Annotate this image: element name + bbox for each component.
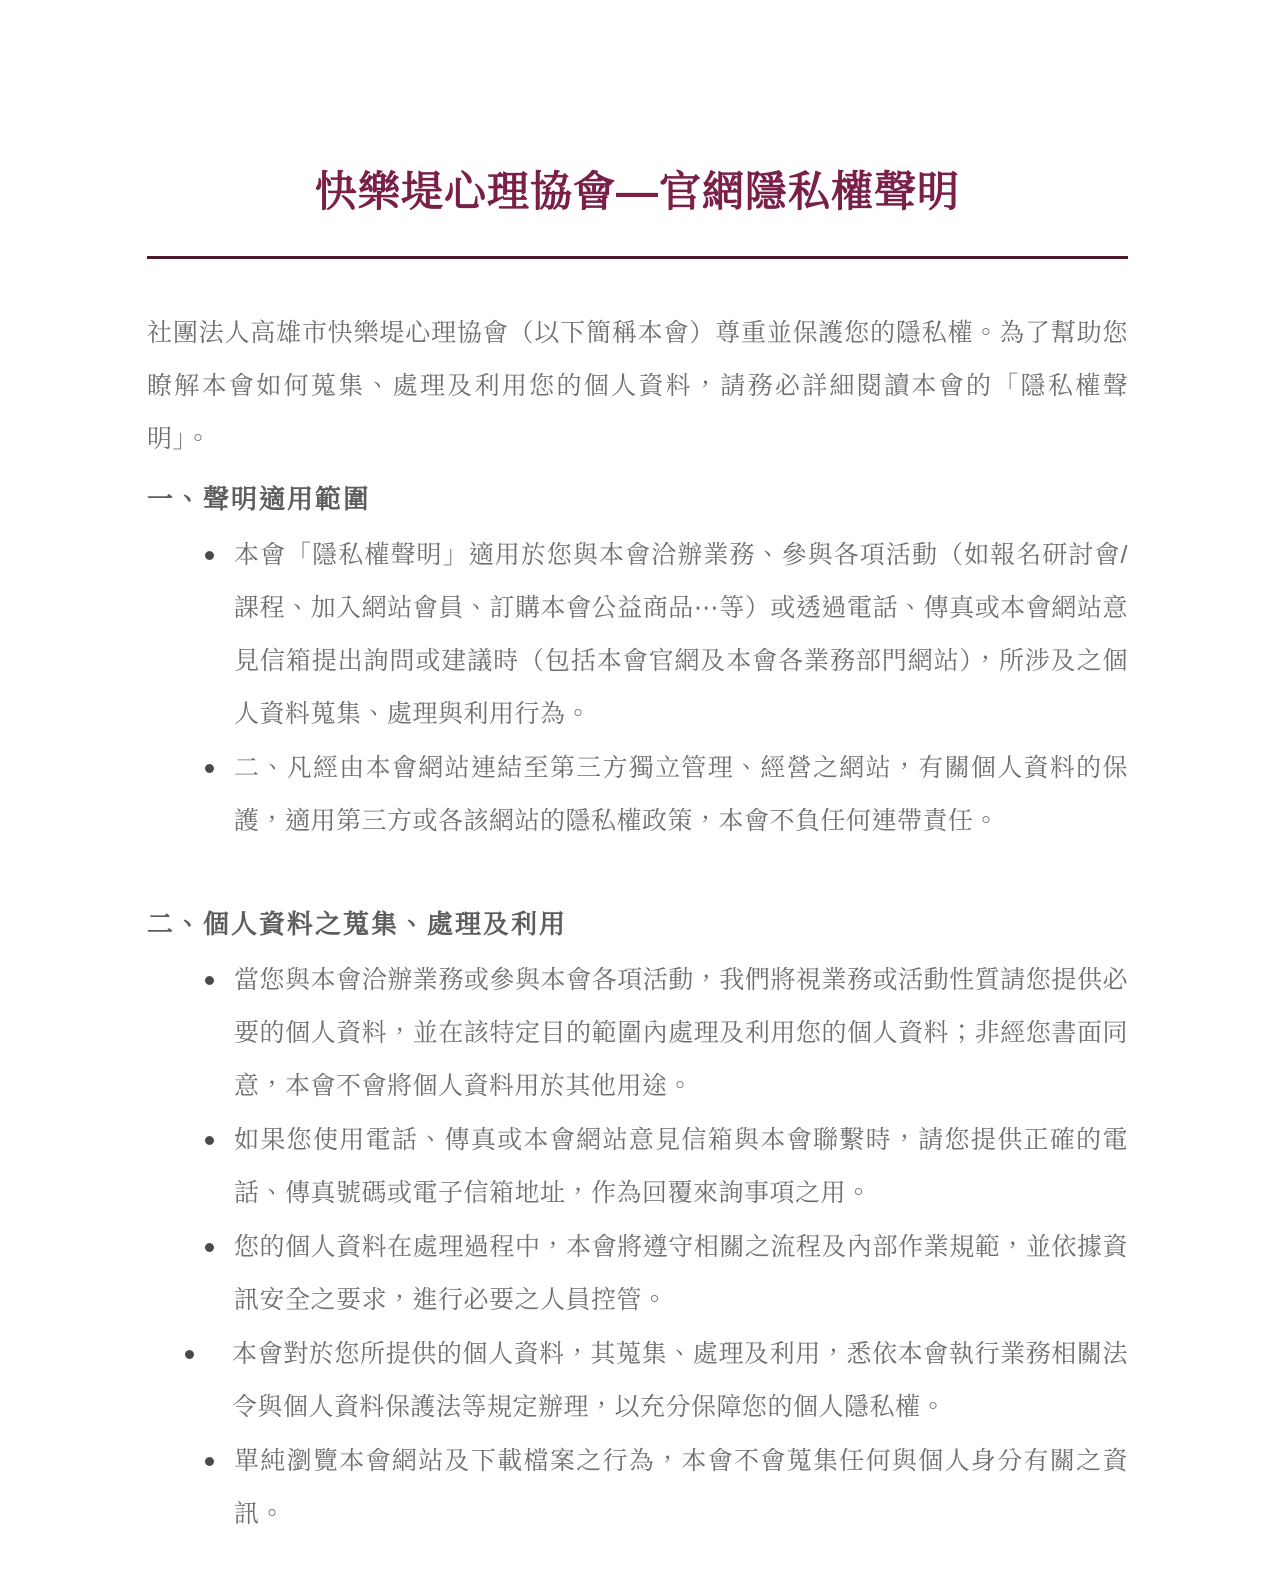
page-title: 快樂堤心理協會—官網隱私權聲明 [147,168,1128,216]
list-item: 當您與本會洽辦業務或參與本會各項活動，我們將視業務或活動性質請您提供必要的個人資… [147,954,1128,1113]
list-item: 本會對於您所提供的個人資料，其蒐集、處理及利用，悉依本會執行業務相關法令與個人資… [147,1328,1128,1434]
list-item: 如果您使用電話、傳真或本會網站意見信箱與本會聯繫時，請您提供正確的電話、傳真號碼… [147,1114,1128,1220]
list-item: 本會「隱私權聲明」適用於您與本會洽辦業務、參與各項活動（如報名研討會/課程、加入… [147,529,1128,741]
intro-paragraph: 社團法人高雄市快樂堤心理協會（以下簡稱本會）尊重並保護您的隱私權。為了幫助您瞭解… [147,307,1128,466]
section-heading-scope: 一、聲明適用範圍 [147,481,1128,517]
section-heading-collection: 二、個人資料之蒐集、處理及利用 [147,906,1128,942]
list-item: 單純瀏覽本會網站及下載檔案之行為，本會不會蒐集任何與個人身分有關之資訊。 [147,1435,1128,1541]
list-item: 您的個人資料在處理過程中，本會將遵守相關之流程及內部作業規範，並依據資訊安全之要… [147,1221,1128,1327]
list-item: 二、凡經由本會網站連結至第三方獨立管理、經營之網站，有關個人資料的保護，適用第三… [147,742,1128,848]
collection-bullet-list: 當您與本會洽辦業務或參與本會各項活動，我們將視業務或活動性質請您提供必要的個人資… [147,954,1128,1541]
title-divider [147,256,1128,259]
scope-bullet-list: 本會「隱私權聲明」適用於您與本會洽辦業務、參與各項活動（如報名研討會/課程、加入… [147,529,1128,848]
document-page: 快樂堤心理協會—官網隱私權聲明 社團法人高雄市快樂堤心理協會（以下簡稱本會）尊重… [0,0,1275,1572]
